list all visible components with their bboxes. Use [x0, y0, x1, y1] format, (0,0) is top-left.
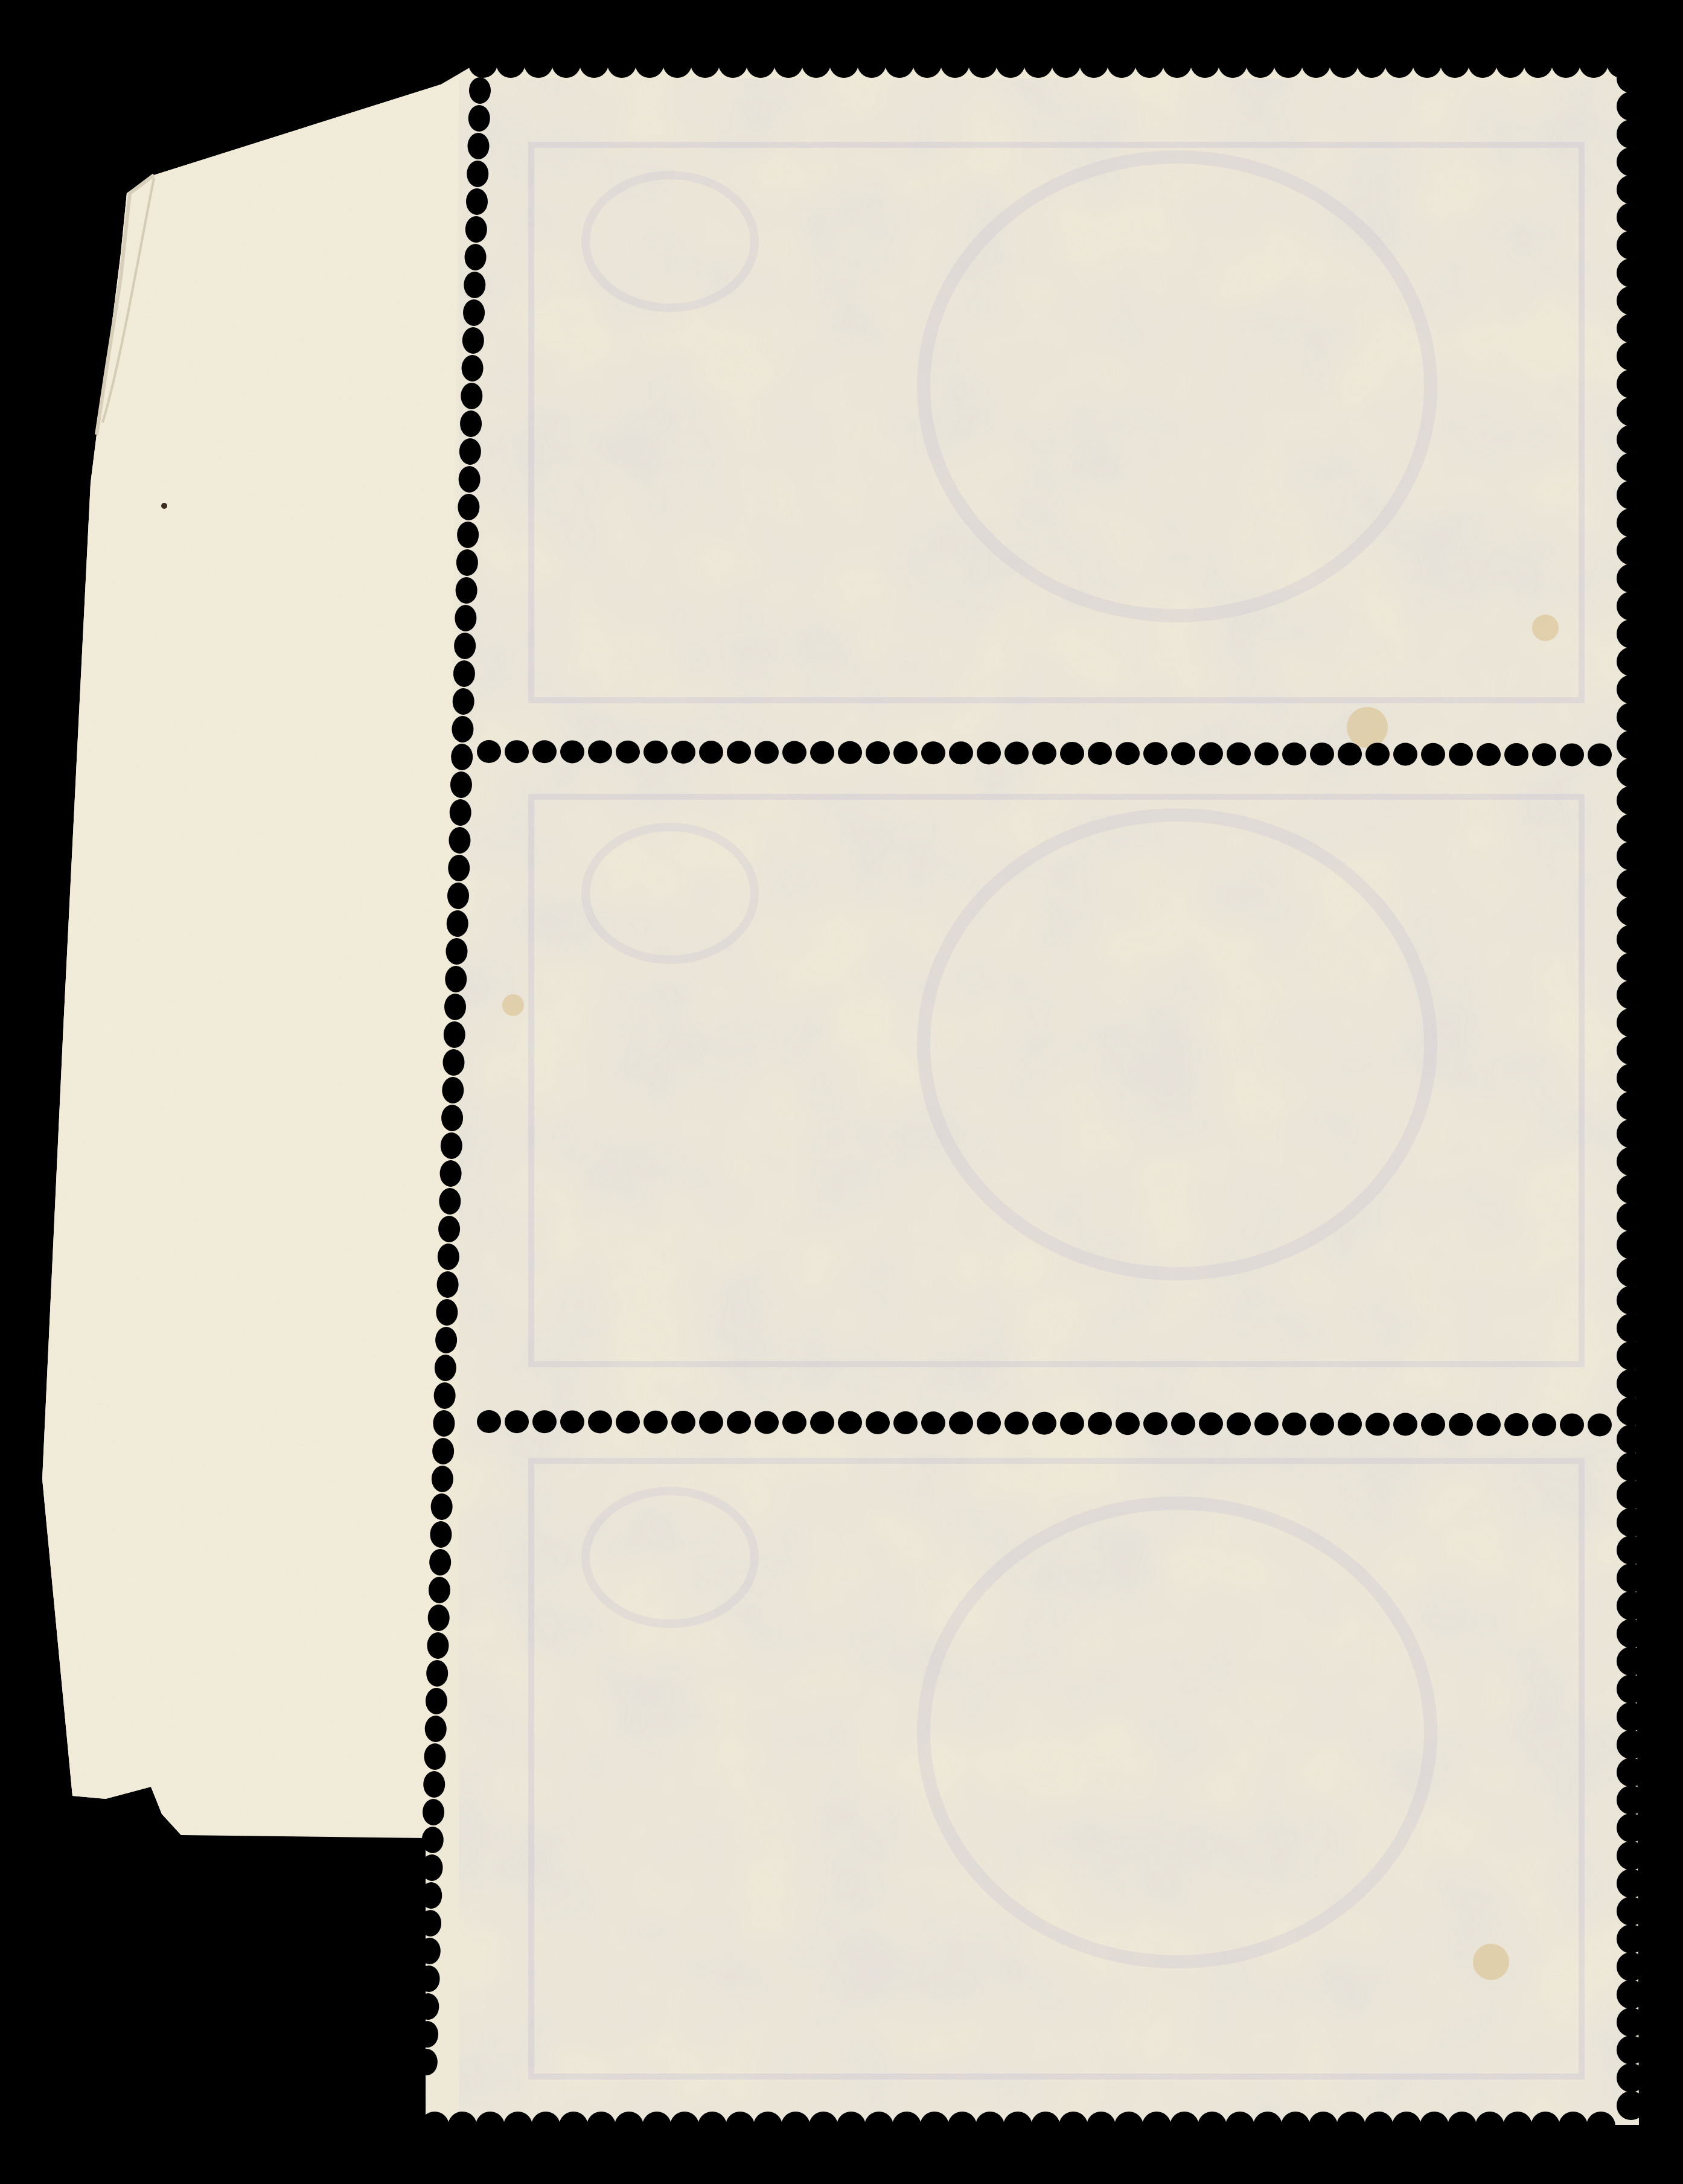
photo-scene: Reverse side of a vertical strip of thre…: [0, 0, 1683, 2184]
paper: [42, 63, 1639, 2125]
stamp-strip-back: [0, 0, 1683, 2184]
